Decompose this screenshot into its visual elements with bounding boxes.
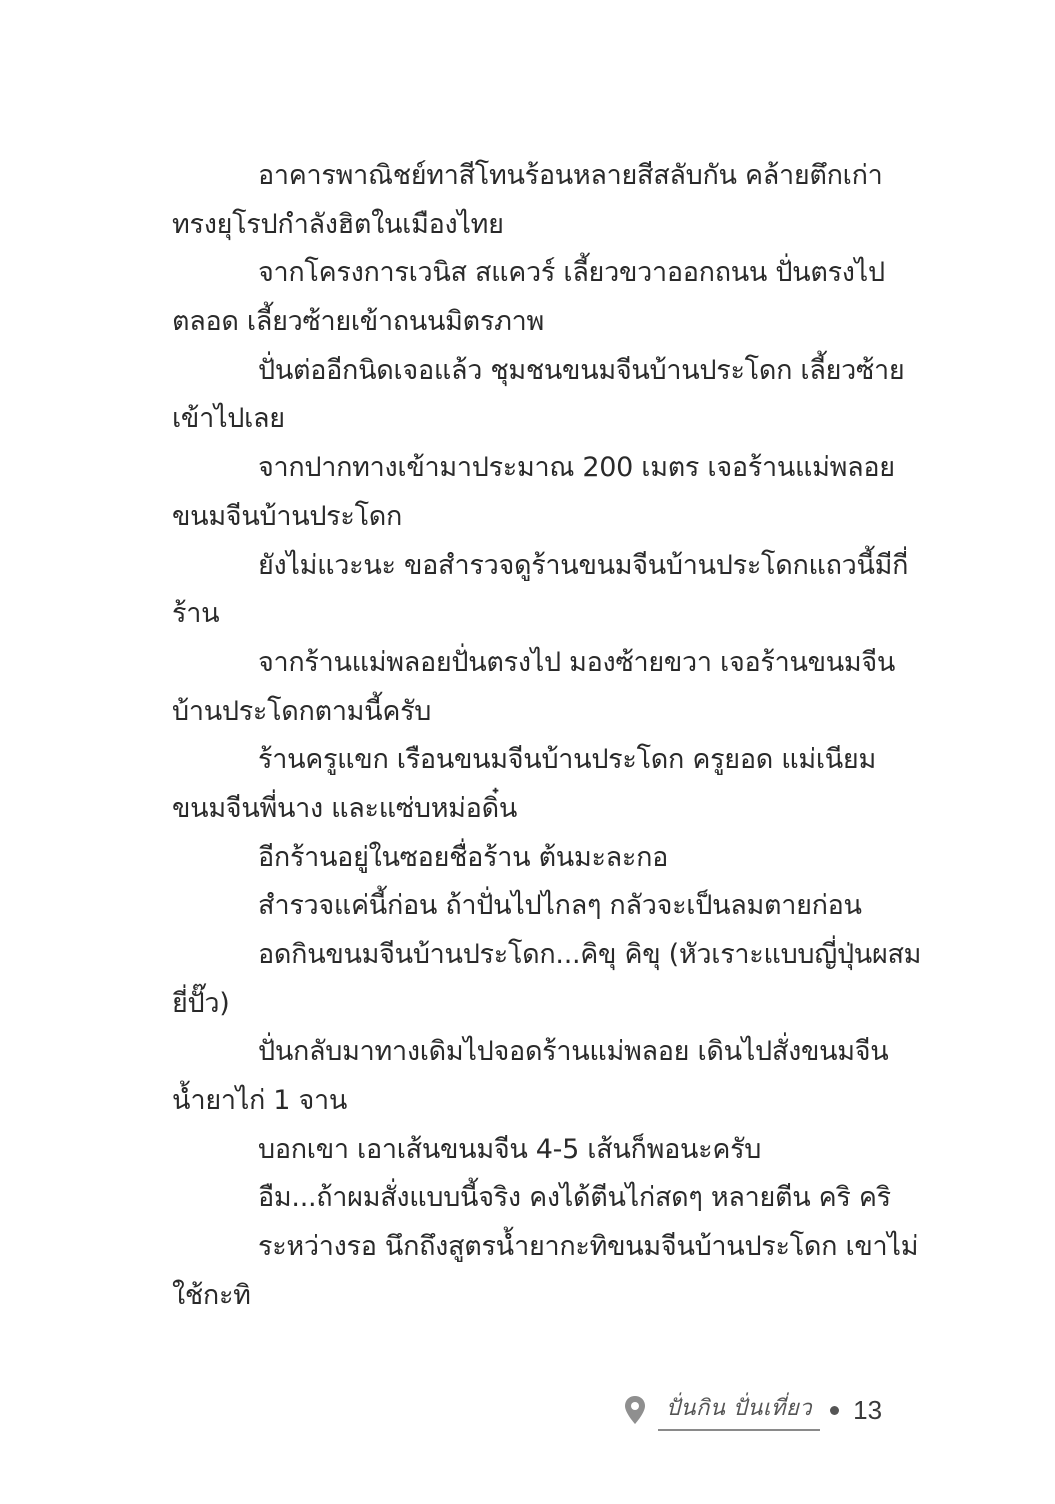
paragraph-line: บ้านประโดกตามนี้ครับ — [172, 688, 892, 737]
paragraph-line: ระหว่างรอ นึกถึงสูตรน้ำยากะทิขนมจีนบ้านป… — [172, 1223, 892, 1272]
paragraph-line: ทรงยุโรปกำลังฮิตในเมืองไทย — [172, 201, 892, 250]
paragraph-line: อีกร้านอยู่ในซอยชื่อร้าน ต้นมะละกอ — [172, 834, 892, 883]
paragraph-line: ขนมจีนบ้านประโดก — [172, 493, 892, 542]
paragraph-line: ร้านครูแขก เรือนขนมจีนบ้านประโดก ครูยอด … — [172, 736, 892, 785]
page-number: 13 — [853, 1395, 882, 1426]
paragraph-line: จากร้านแม่พลอยปั่นตรงไป มองซ้ายขวา เจอร้… — [172, 639, 892, 688]
paragraph-line: เข้าไปเลย — [172, 395, 892, 444]
paragraph-line: อาคารพาณิชย์ทาสีโทนร้อนหลายสีสลับกัน คล้… — [172, 152, 892, 201]
page-footer: ปั่นกิน ปั่นเที่ยว 13 — [624, 1390, 882, 1430]
paragraph-line: น้ำยาไก่ 1 จาน — [172, 1077, 892, 1126]
paragraph-line: อืม...ถ้าผมสั่งแบบนี้จริง คงได้ตีนไก่สดๆ… — [172, 1174, 892, 1223]
paragraph-line: จากปากทางเข้ามาประมาณ 200 เมตร เจอร้านแม… — [172, 444, 892, 493]
paragraph-line: ใช้กะทิ — [172, 1272, 892, 1321]
separator-dot — [830, 1406, 839, 1415]
paragraph-line: ปั่นต่ออีกนิดเจอแล้ว ชุมชนขนมจีนบ้านประโ… — [172, 347, 892, 396]
paragraph-line: อดกินขนมจีนบ้านประโดก...คิขุ คิขุ (หัวเร… — [172, 931, 892, 980]
paragraph-line: ปั่นกลับมาทางเดิมไปจอดร้านแม่พลอย เดินไป… — [172, 1028, 892, 1077]
paragraph-line: จากโครงการเวนิส สแควร์ เลี้ยวขวาออกถนน ป… — [172, 249, 892, 298]
book-title: ปั่นกิน ปั่นเที่ยว — [658, 1390, 820, 1431]
paragraph-line: สำรวจแค่นี้ก่อน ถ้าปั่นไปไกลๆ กลัวจะเป็น… — [172, 882, 892, 931]
map-pin-icon — [624, 1395, 646, 1425]
paragraph-line: ยี่ปั๊ว) — [172, 980, 892, 1029]
page-body: อาคารพาณิชย์ทาสีโทนร้อนหลายสีสลับกัน คล้… — [172, 152, 892, 1321]
paragraph-line: ยังไม่แวะนะ ขอสำรวจดูร้านขนมจีนบ้านประโด… — [172, 542, 892, 591]
paragraph-line: ขนมจีนพี่นาง และแซ่บหม่อดิ๋น — [172, 785, 892, 834]
paragraph-line: บอกเขา เอาเส้นขนมจีน 4-5 เส้นก็พอนะครับ — [172, 1126, 892, 1175]
paragraph-line: ตลอด เลี้ยวซ้ายเข้าถนนมิตรภาพ — [172, 298, 892, 347]
paragraph-line: ร้าน — [172, 590, 892, 639]
